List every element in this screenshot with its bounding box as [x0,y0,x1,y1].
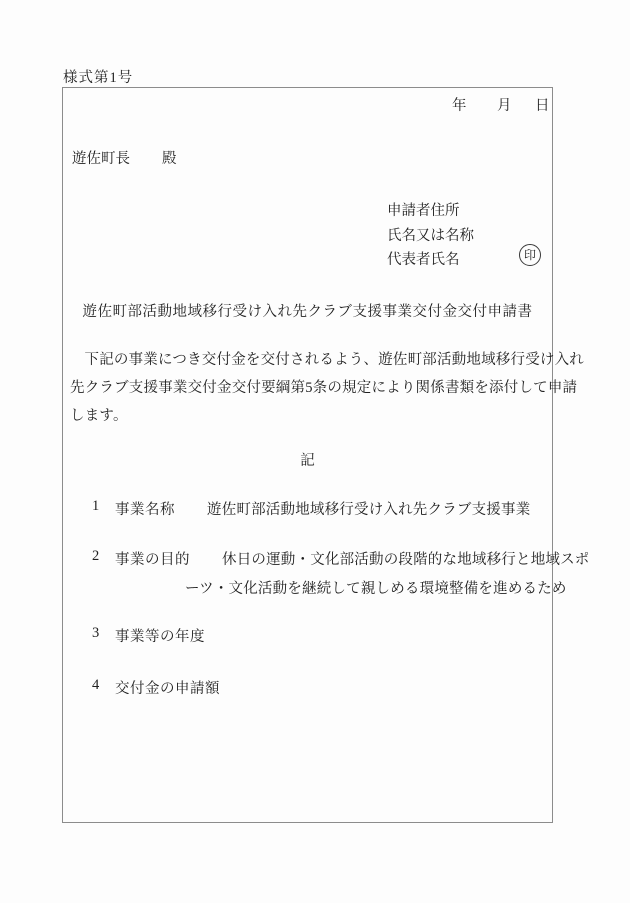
body-line: 下記の事業につき交付金を交付されるよう、遊佐町部活動地域移行受け入れ [70,346,548,374]
document-border-box: 年 月 日 遊佐町長殿 申請者住所 氏名又は名称 代表者氏名 印 遊佐町部活動地… [62,87,553,823]
addressee-line: 遊佐町長殿 [72,147,177,168]
item-value-line2: ーツ・文化活動を継続して親しめる環境整備を進めるため [185,577,567,598]
item-number: 1 [92,498,99,515]
applicant-name-label: 氏名又は名称 [387,224,474,249]
item-number: 2 [92,548,99,565]
item-number: 4 [92,677,99,694]
item-label: 事業名称 [115,498,175,519]
addressee-name: 遊佐町長 [72,151,130,167]
document-title: 遊佐町部活動地域移行受け入れ先クラブ支援事業交付金交付申請書 [63,300,552,321]
item-number: 3 [92,625,99,642]
body-paragraph: 下記の事業につき交付金を交付されるよう、遊佐町部活動地域移行受け入れ 先クラブ支… [70,346,548,430]
body-line: 先クラブ支援事業交付金交付要綱第5条の規定により関係書類を添付して申請 [70,374,548,402]
item-value: 遊佐町部活動地域移行受け入れ先クラブ支援事業 [207,498,530,519]
item-label: 事業の目的 [115,548,190,569]
document-page: 様式第1号 年 月 日 遊佐町長殿 申請者住所 氏名又は名称 代表者氏名 印 遊… [0,0,630,903]
body-line: します。 [70,402,548,430]
applicant-block: 申請者住所 氏名又は名称 代表者氏名 [387,199,474,273]
seal-icon: 印 [519,244,541,266]
date-month-label: 月 [497,94,512,115]
date-day-label: 日 [535,94,550,115]
applicant-representative-label: 代表者氏名 [387,248,474,273]
applicant-address-label: 申請者住所 [387,199,474,224]
form-number-label: 様式第1号 [63,66,133,87]
item-label: 交付金の申請額 [115,677,220,698]
item-value-line1: 休日の運動・文化部活動の段階的な地域移行と地域スポ [222,548,590,569]
addressee-honorific: 殿 [162,151,177,167]
date-year-label: 年 [452,94,467,115]
item-label: 事業等の年度 [115,625,205,646]
ki-section-marker: 記 [63,449,552,470]
